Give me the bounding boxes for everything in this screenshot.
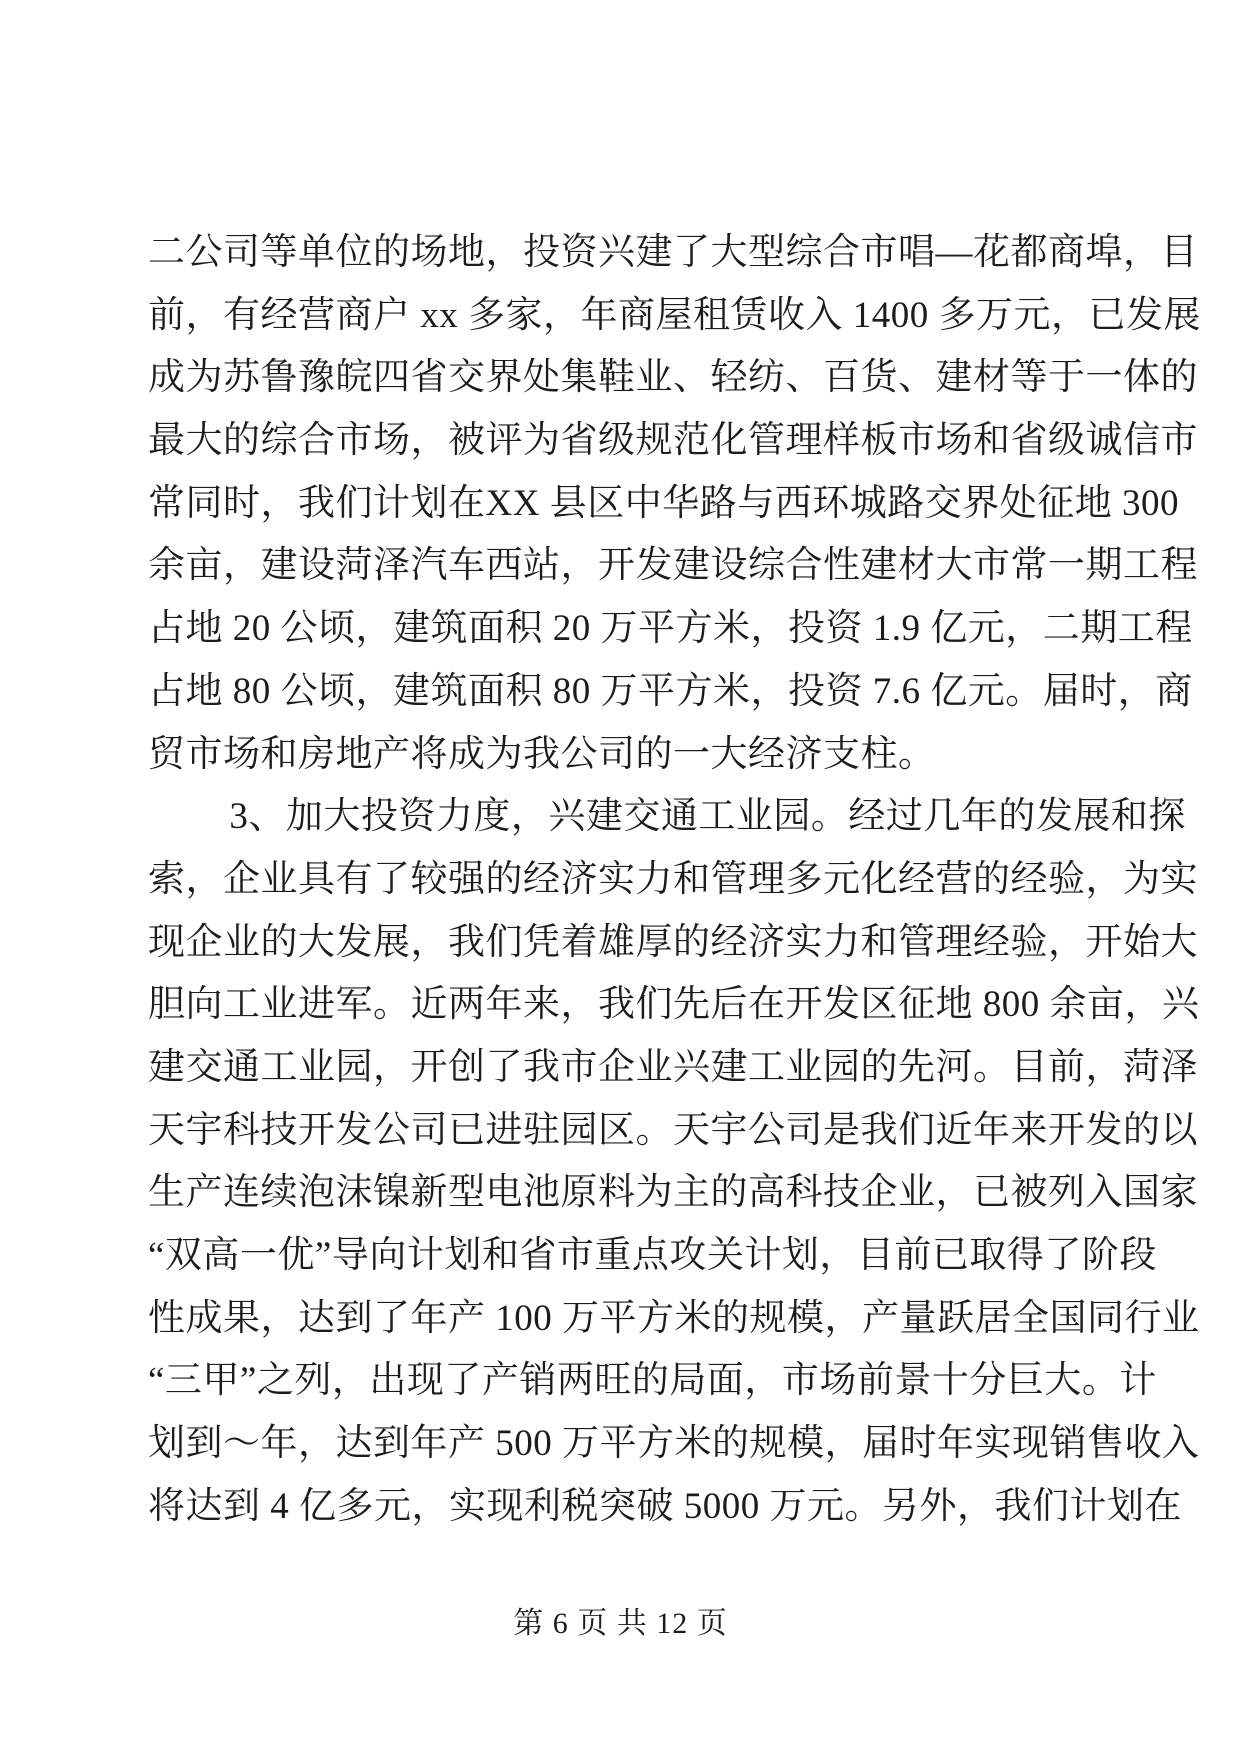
text-line: 前，有经营商户 xx 多家，年商屋租赁收入 1400 多万元，已发展 [148, 285, 1100, 348]
page-number-label: 第 6 页 共 12 页 [513, 1607, 728, 1640]
text-line: 现企业的大发展，我们凭着雄厚的经济实力和管理经验，开始大 [148, 912, 1100, 975]
text-line: 胆向工业进军。近两年来，我们先后在开发区征地 800 余亩，兴 [148, 974, 1100, 1037]
text-line: 性成果，达到了年产 100 万平方米的规模，产量跃居全国同行业 [148, 1288, 1100, 1351]
text-line: 占地 80 公顷，建筑面积 80 万平方米，投资 7.6 亿元。届时，商 [148, 661, 1100, 724]
text-line: 贸市场和房地产将成为我公司的一大经济支柱。 [148, 724, 1100, 787]
text-line: 划到～年，达到年产 500 万平方米的规模，届时年实现销售收入 [148, 1413, 1100, 1476]
text-line: 余亩，建设菏泽汽车西站，开发建设综合性建材大市常一期工程 [148, 535, 1100, 598]
page-footer: 第 6 页 共 12 页 [0, 1603, 1241, 1645]
document-body: 二公司等单位的场地，投资兴建了大型综合市唱—花都商埠，目 前，有经营商户 xx … [148, 222, 1100, 1538]
text-line: “双高一优”导向计划和省市重点攻关计划，目前已取得了阶段 [148, 1225, 1100, 1288]
text-line: 天宇科技开发公司已进驻园区。天宇公司是我们近年来开发的以 [148, 1100, 1100, 1163]
text-line: 成为苏鲁豫皖四省交界处集鞋业、轻纺、百货、建材等于一体的 [148, 347, 1100, 410]
text-line: “三甲”之列，出现了产销两旺的局面，市场前景十分巨大。计 [148, 1350, 1100, 1413]
text-line: 3、加大投资力度，兴建交通工业园。经过几年的发展和探 [148, 786, 1100, 849]
text-line: 将达到 4 亿多元，实现利税突破 5000 万元。另外，我们计划在 [148, 1476, 1100, 1539]
text-line: 索，企业具有了较强的经济实力和管理多元化经营的经验，为实 [148, 849, 1100, 912]
text-line: 最大的综合市场，被评为省级规范化管理样板市场和省级诚信市 [148, 410, 1100, 473]
text-line: 二公司等单位的场地，投资兴建了大型综合市唱—花都商埠，目 [148, 222, 1100, 285]
text-line: 生产连续泡沫镍新型电池原料为主的高科技企业，已被列入国家 [148, 1162, 1100, 1225]
document-page: 二公司等单位的场地，投资兴建了大型综合市唱—花都商埠，目 前，有经营商户 xx … [0, 0, 1241, 1754]
text-line: 常同时，我们计划在XX 县区中华路与西环城路交界处征地 300 [148, 473, 1100, 536]
text-line: 占地 20 公顷，建筑面积 20 万平方米，投资 1.9 亿元，二期工程 [148, 598, 1100, 661]
text-line: 建交通工业园，开创了我市企业兴建工业园的先河。目前，菏泽 [148, 1037, 1100, 1100]
